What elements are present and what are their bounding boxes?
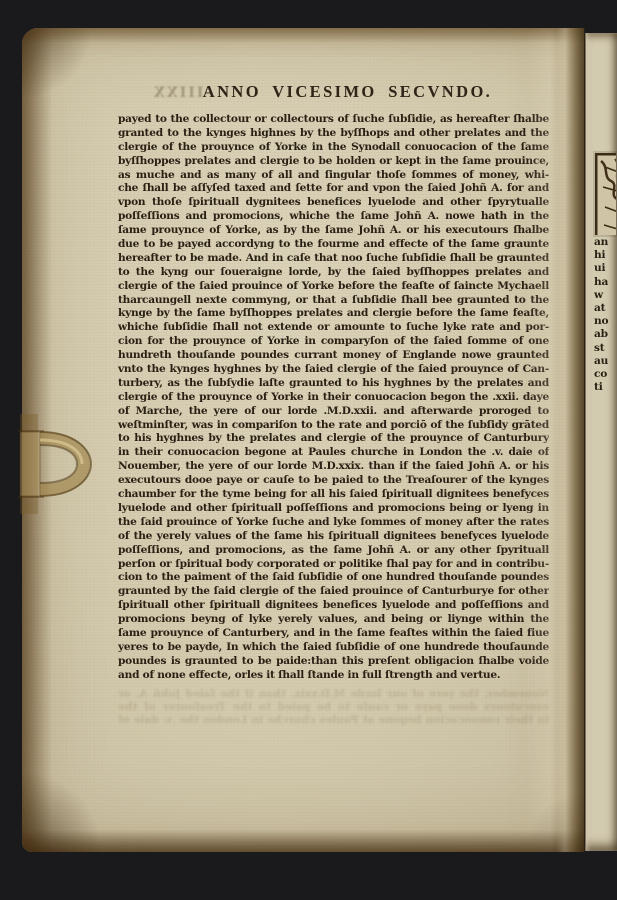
fore-edge-crease: [556, 28, 585, 852]
adjacent-text-fragment: hi: [594, 249, 617, 262]
text-line: in their conuocacion begone at Paules ch…: [118, 446, 549, 460]
text-line: to his hyghnes by the prelates and clerg…: [118, 432, 549, 446]
adjacent-text-fragment: ha: [594, 276, 617, 289]
text-line: lyuelode and other ſpirituall poſſeſſion…: [118, 502, 549, 516]
text-line: of Marche, the yere of our lorde .M.D.xx…: [118, 405, 549, 419]
adjacent-text-column: anhiuihawatnoabstaucoti: [594, 236, 617, 394]
page-title: ANNO VICESIMO SECVNDO.: [203, 82, 492, 101]
page-header: IIIXX ANNO VICESIMO SECVNDO.: [118, 82, 549, 104]
text-line: promocions beyng of lyke yerely values, …: [118, 613, 549, 627]
text-line: due to be payed accordyng to the fourme …: [118, 238, 549, 252]
text-line: clergie of the prouynce of Yorke in the …: [118, 141, 549, 155]
text-line: tharcaungell nexte commyng, or that a ſu…: [118, 294, 549, 308]
bleedthrough-line: Nouember, the yere of our lorde M.D.xxix…: [118, 688, 549, 701]
adjacent-text-fragment: ab: [594, 328, 617, 341]
adjacent-text-fragment: no: [594, 315, 617, 328]
adjacent-text-fragment: w: [594, 289, 617, 302]
text-line: vpon thoſe ſpirituall dygnitees benefice…: [118, 196, 549, 210]
text-line: hereafter to be made. And in caſe that n…: [118, 252, 549, 266]
text-line: of the yerely values of the ſame his ſpi…: [118, 530, 549, 544]
text-line: clergie of the prouynce of Yorke in thei…: [118, 391, 549, 405]
text-block: payed to the collectour or collectours o…: [118, 113, 549, 683]
text-line: poſſeſſions and promocions, whiche the ſ…: [118, 210, 549, 224]
text-line: vnto the kynges hyghnes by the ſaied cle…: [118, 363, 549, 377]
text-line: che ſhall be aſſyſed taxed and ſette for…: [118, 182, 549, 196]
adjacent-text-fragment: ui: [594, 262, 617, 275]
adjacent-text-fragment: ti: [594, 381, 617, 394]
adjacent-text-fragment: at: [594, 302, 617, 315]
binding-clasp-icon: [10, 412, 102, 516]
text-line: as muche and as many of all and ſingular…: [118, 169, 549, 183]
text-line: executours dooe paye or cauſe to be paie…: [118, 474, 549, 488]
text-line: perſon or ſpiritual body corporated or p…: [118, 558, 549, 572]
text-line: poundes is graunted to be paide:than thi…: [118, 655, 549, 669]
adjacent-text-fragment: co: [594, 368, 617, 381]
bleedthrough-line: executours dooe paye or cauſe to be paie…: [118, 701, 549, 714]
adjacent-text-fragment: au: [594, 355, 617, 368]
photo-background: IIIXX ANNO VICESIMO SECVNDO. payed to th…: [0, 0, 617, 900]
text-line: turbery, as the ſubſydie laſte graunted …: [118, 377, 549, 391]
text-line: payed to the collectour or collectours o…: [118, 113, 549, 127]
book-page: IIIXX ANNO VICESIMO SECVNDO. payed to th…: [22, 28, 584, 852]
text-line: hundreth thouſande poundes currant money…: [118, 349, 549, 363]
text-line: granted to the kynges highnes by the byſ…: [118, 127, 549, 141]
adjacent-page-sliver: anhiuihawatnoabstaucoti: [585, 33, 617, 851]
text-line: kynge by the ſame byſſhoppes prelates an…: [118, 307, 549, 321]
text-line: byſſhoppes prelates and clergie to be ho…: [118, 155, 549, 169]
text-line: ſame prouynce of Canturbery, and in the …: [118, 627, 549, 641]
bleedthrough-line: in their conuocacion begone at Paules ch…: [118, 714, 549, 727]
text-line: to the kyng our ſoueraigne lorde, by the…: [118, 266, 549, 280]
footer-bleedthrough: Nouember, the yere of our lorde M.D.xxix…: [118, 688, 549, 727]
adjacent-text-fragment: an: [594, 236, 617, 249]
text-line: the ſaid prouince of Yorke ſuche and lyk…: [118, 516, 549, 530]
text-line: chaumber for the tyme being for all his …: [118, 488, 549, 502]
text-line: cion to the paiment of the ſaid ſubſidie…: [118, 571, 549, 585]
text-line: cion for the prouynce of Yorke in compar…: [118, 335, 549, 349]
text-line: poſſeſſions, and promocions, as the ſame…: [118, 544, 549, 558]
text-line: graunted by the ſaid clergie of the ſaie…: [118, 585, 549, 599]
text-line: ſpirituall other ſpirituall dignitees be…: [118, 599, 549, 613]
text-line: and of none effecte, orles it ſhall ſtan…: [118, 669, 549, 683]
text-line: Nouember, the yere of our lorde M.D.xxix…: [118, 460, 549, 474]
woodcut-initial-icon: [593, 151, 617, 237]
text-line: ſame prouynce of Yorke, as by the ſame J…: [118, 224, 549, 238]
folio-bleedthrough-text: IIIXX: [152, 85, 203, 101]
text-line: whiche ſubſidie ſhall not extende or amo…: [118, 321, 549, 335]
adjacent-text-fragment: st: [594, 342, 617, 355]
text-line: clergie of the ſaied prouince of Yorke b…: [118, 280, 549, 294]
text-line: weſtminſter, was in compariſon to the ra…: [118, 419, 549, 433]
text-line: yeres to be payde, In which the ſaied ſu…: [118, 641, 549, 655]
